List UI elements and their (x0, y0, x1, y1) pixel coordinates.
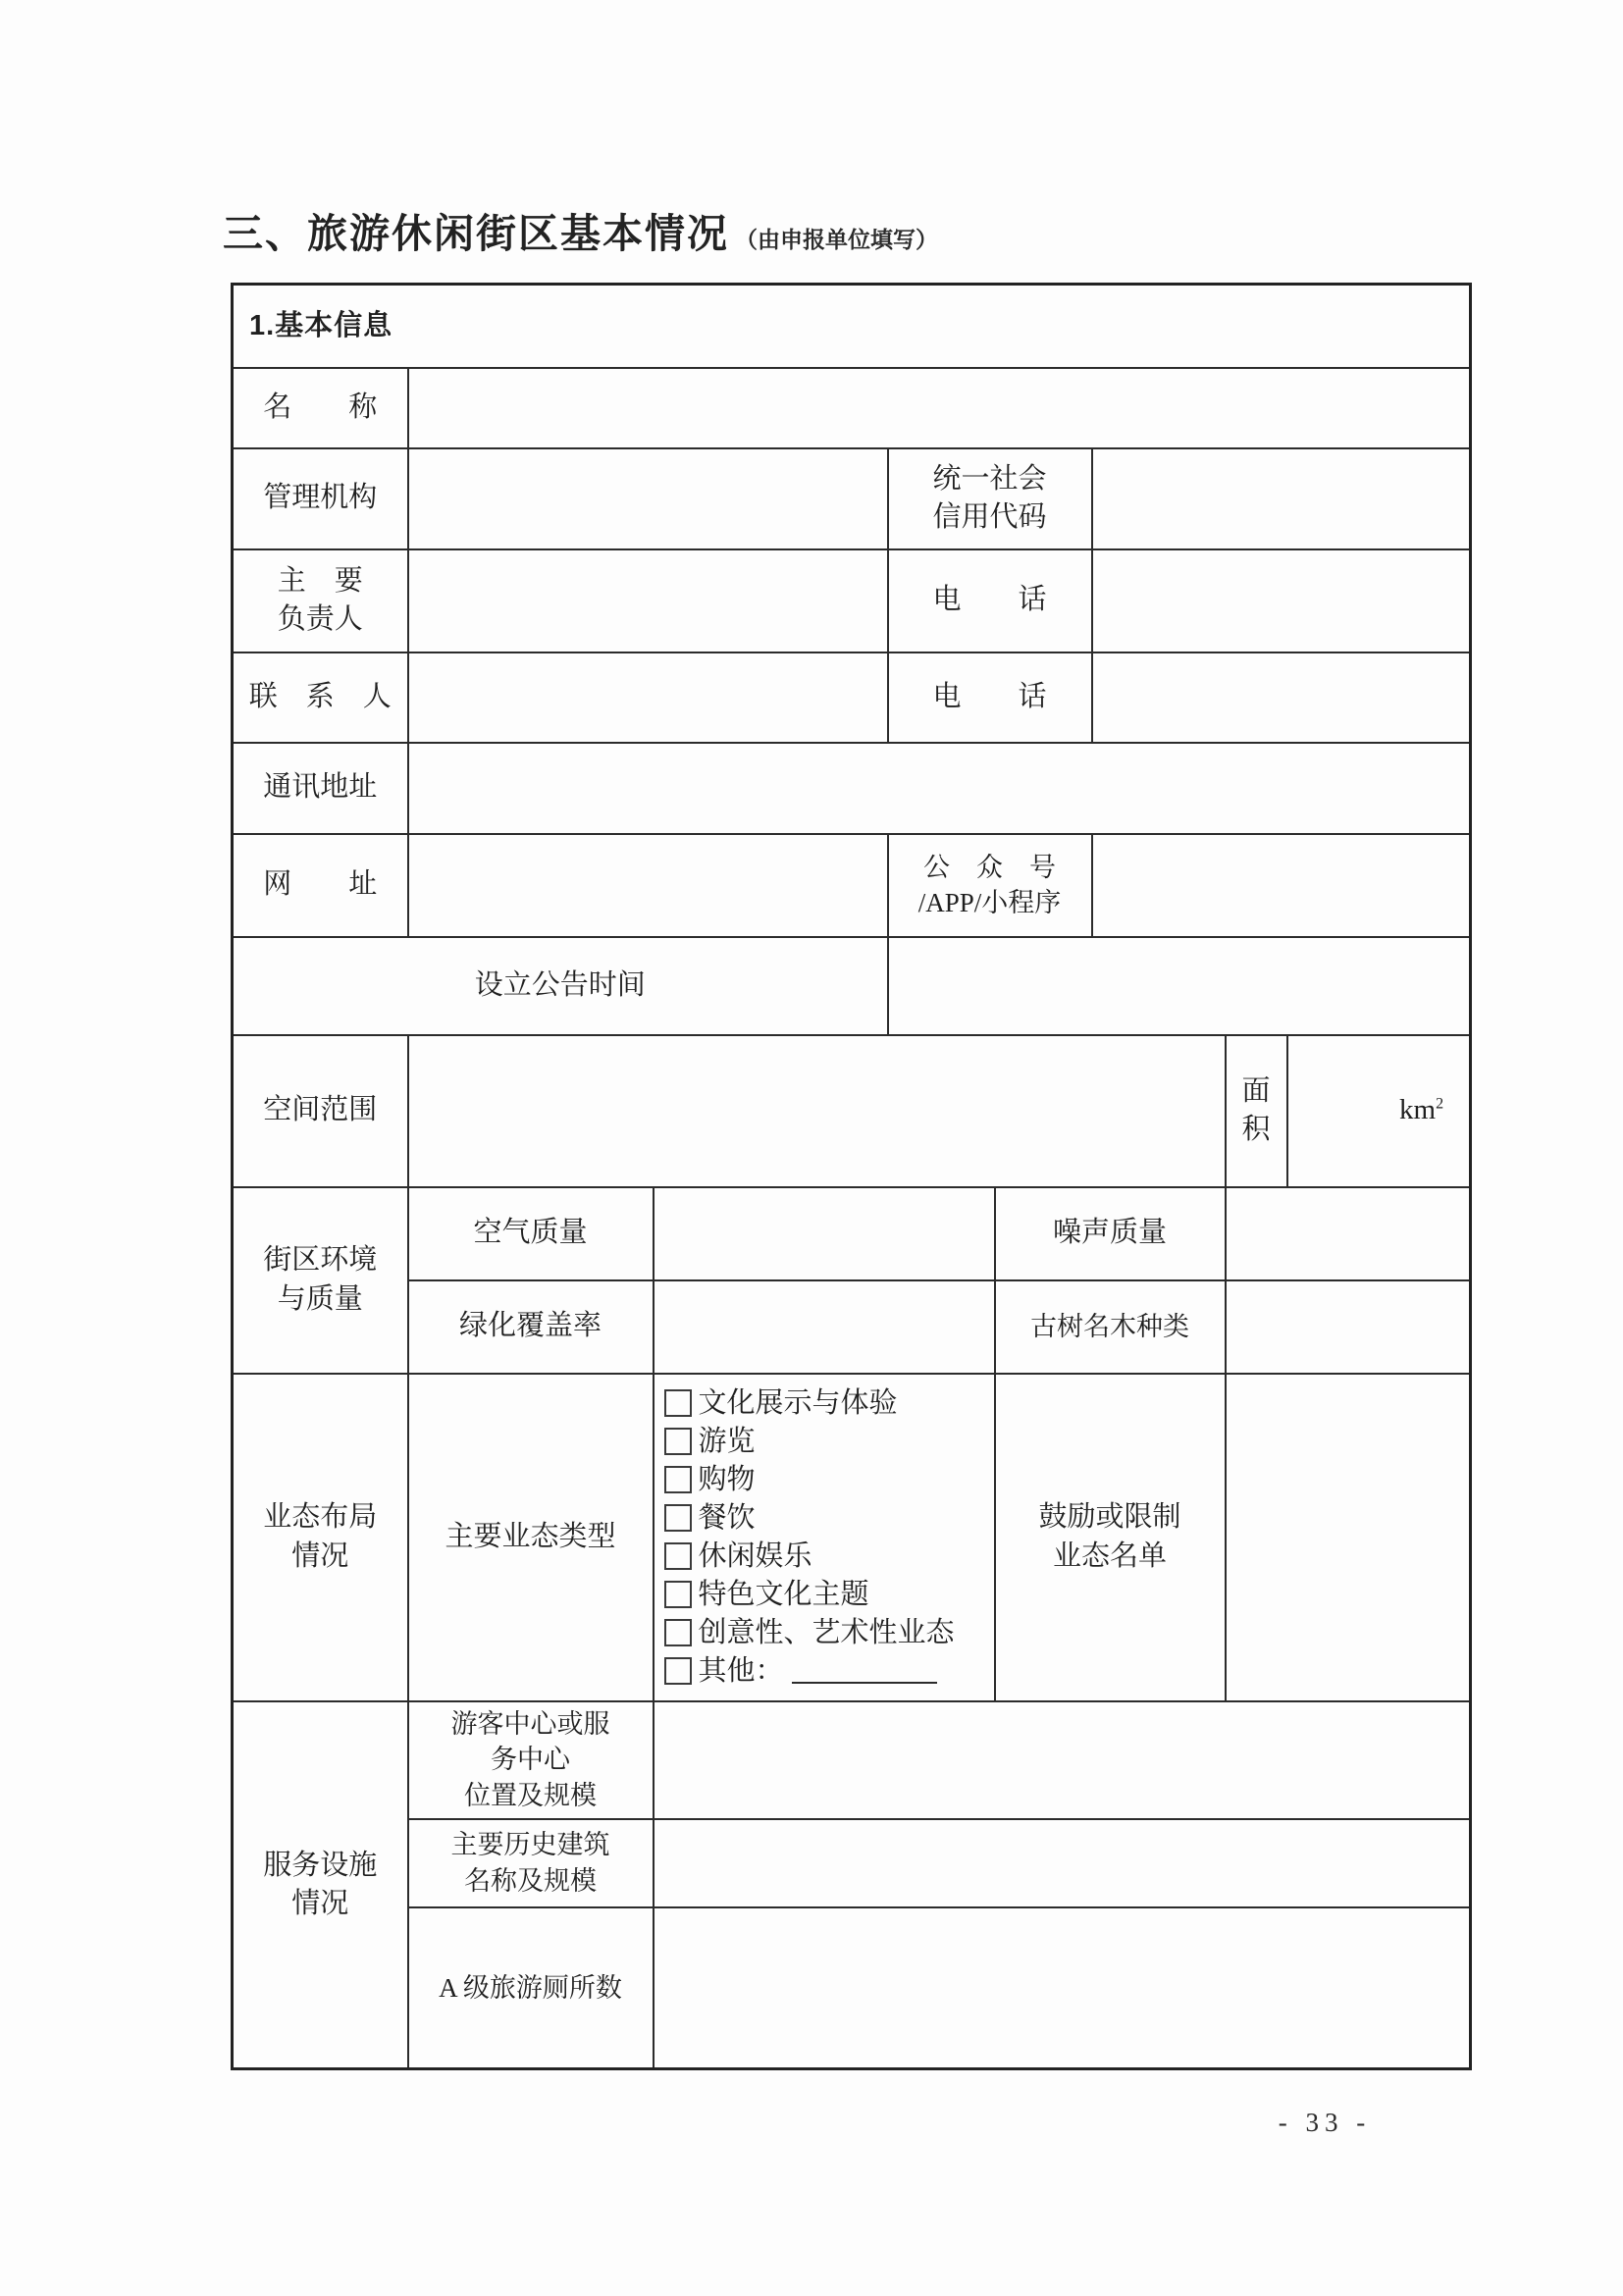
checkbox-item: 创意性、艺术性业态 (664, 1614, 990, 1652)
checkbox-item: 购物 (664, 1461, 990, 1499)
name-input-cell[interactable] (408, 368, 1471, 448)
contact-phone-label: 电 话 (888, 652, 1092, 743)
business-label: 业态布局 情况 (233, 1374, 408, 1701)
basic-info-table: 1.基本信息 名 称 管理机构 统一社会 信用代码 主 要 负责人 电 话 联 … (231, 283, 1472, 2070)
address-label: 通讯地址 (233, 743, 408, 834)
area-unit-cell[interactable]: km2 (1287, 1035, 1471, 1187)
row-historic: 主要历史建筑 名称及规模 (233, 1819, 1471, 1907)
checkbox-icon[interactable] (664, 1389, 692, 1417)
checkbox-icon[interactable] (664, 1542, 692, 1570)
credit-code-input-cell[interactable] (1092, 448, 1471, 549)
checkbox-icon[interactable] (664, 1428, 692, 1455)
row-space: 空间范围 面积 km2 (233, 1035, 1471, 1187)
checkbox-item: 其他： (664, 1652, 990, 1691)
row-website: 网 址 公 众 号 /APP/小程序 (233, 834, 1471, 937)
address-input-cell[interactable] (408, 743, 1471, 834)
principal-phone-label: 电 话 (888, 549, 1092, 652)
row-admin: 管理机构 统一社会 信用代码 (233, 448, 1471, 549)
green-input-cell[interactable] (654, 1280, 995, 1374)
checkbox-label: 休闲娱乐 (699, 1538, 812, 1576)
checkbox-label: 购物 (699, 1461, 756, 1499)
checkbox-item: 特色文化主题 (664, 1576, 990, 1614)
area-unit-sup: 2 (1436, 1096, 1443, 1113)
principal-label: 主 要 负责人 (233, 549, 408, 652)
space-input-cell[interactable] (408, 1035, 1226, 1187)
row-visitor-center: 服务设施 情况 游客中心或服 务中心 位置及规模 (233, 1701, 1471, 1819)
checkbox-label: 创意性、艺术性业态 (699, 1614, 955, 1652)
section-header: 1.基本信息 (233, 285, 1471, 368)
area-label: 面积 (1226, 1035, 1287, 1187)
name-label: 名 称 (233, 368, 408, 448)
visitor-center-label: 游客中心或服 务中心 位置及规模 (408, 1701, 654, 1819)
space-label: 空间范围 (233, 1035, 408, 1187)
row-contact: 联 系 人 电 话 (233, 652, 1471, 743)
admin-label: 管理机构 (233, 448, 408, 549)
encourage-label: 鼓励或限制 业态名单 (995, 1374, 1226, 1701)
website-label: 网 址 (233, 834, 408, 937)
air-label: 空气质量 (408, 1187, 654, 1280)
environment-label: 街区环境 与质量 (233, 1187, 408, 1374)
checkbox-label: 特色文化主题 (699, 1576, 869, 1614)
row-address: 通讯地址 (233, 743, 1471, 834)
row-env-air: 街区环境 与质量 空气质量 噪声质量 (233, 1187, 1471, 1280)
noise-input-cell[interactable] (1226, 1187, 1471, 1280)
page-title-text: 三、旅游休闲街区基本情况 (223, 211, 729, 256)
row-name: 名 称 (233, 368, 1471, 448)
credit-code-label: 统一社会 信用代码 (888, 448, 1092, 549)
checkbox-icon[interactable] (664, 1466, 692, 1493)
principal-input-cell[interactable] (408, 549, 888, 652)
area-unit: km (1399, 1094, 1436, 1125)
checkbox-icon[interactable] (664, 1504, 692, 1532)
service-label: 服务设施 情况 (233, 1701, 408, 2069)
row-toilet: A 级旅游厕所数 (233, 1907, 1471, 2069)
announcement-label: 设立公告时间 (233, 937, 888, 1035)
checkbox-item: 休闲娱乐 (664, 1538, 990, 1576)
toilet-input-cell[interactable] (654, 1907, 1471, 2069)
row-announcement: 设立公告时间 (233, 937, 1471, 1035)
checkbox-label: 其他： (699, 1652, 784, 1691)
checkbox-item: 文化展示与体验 (664, 1384, 990, 1423)
contact-phone-input-cell[interactable] (1092, 652, 1471, 743)
trees-label: 古树名木种类 (995, 1280, 1226, 1374)
business-type-label: 主要业态类型 (408, 1374, 654, 1701)
website-input-cell[interactable] (408, 834, 888, 937)
contact-input-cell[interactable] (408, 652, 888, 743)
historic-input-cell[interactable] (654, 1819, 1471, 1907)
page-title: 三、旅游休闲街区基本情况（由申报单位填写） (223, 201, 938, 259)
green-label: 绿化覆盖率 (408, 1280, 654, 1374)
checkbox-icon[interactable] (664, 1619, 692, 1646)
row-business: 业态布局 情况 主要业态类型 文化展示与体验 游览 购物 餐饮 休闲娱乐 特色文… (233, 1374, 1471, 1701)
visitor-center-input-cell[interactable] (654, 1701, 1471, 1819)
announcement-input-cell[interactable] (888, 937, 1471, 1035)
checkbox-label: 餐饮 (699, 1499, 756, 1538)
row-principal: 主 要 负责人 电 话 (233, 549, 1471, 652)
historic-label: 主要历史建筑 名称及规模 (408, 1819, 654, 1907)
other-fill-line[interactable] (792, 1678, 937, 1684)
noise-label: 噪声质量 (995, 1187, 1226, 1280)
row-section-header: 1.基本信息 (233, 285, 1471, 368)
checkbox-label: 游览 (699, 1423, 756, 1461)
trees-input-cell[interactable] (1226, 1280, 1471, 1374)
encourage-input-cell[interactable] (1226, 1374, 1471, 1701)
toilet-label: A 级旅游厕所数 (408, 1907, 654, 2069)
document-page: 三、旅游休闲街区基本情况（由申报单位填写） 1.基本信息 名 称 管理机构 统一… (0, 0, 1623, 2296)
air-input-cell[interactable] (654, 1187, 995, 1280)
page-title-note: （由申报单位填写） (735, 227, 938, 252)
account-label: 公 众 号 /APP/小程序 (888, 834, 1092, 937)
account-input-cell[interactable] (1092, 834, 1471, 937)
checkbox-label: 文化展示与体验 (699, 1384, 898, 1423)
page-number: - 33 - (1217, 2108, 1433, 2138)
checkbox-icon[interactable] (664, 1581, 692, 1608)
contact-label: 联 系 人 (233, 652, 408, 743)
admin-input-cell[interactable] (408, 448, 888, 549)
checkbox-item: 餐饮 (664, 1499, 990, 1538)
checkbox-item: 游览 (664, 1423, 990, 1461)
row-env-green: 绿化覆盖率 古树名木种类 (233, 1280, 1471, 1374)
business-options-list: 文化展示与体验 游览 购物 餐饮 休闲娱乐 特色文化主题 创意性、艺术性业态 其… (664, 1384, 990, 1691)
checkbox-icon[interactable] (664, 1657, 692, 1685)
principal-phone-input-cell[interactable] (1092, 549, 1471, 652)
business-options-cell: 文化展示与体验 游览 购物 餐饮 休闲娱乐 特色文化主题 创意性、艺术性业态 其… (654, 1374, 995, 1701)
